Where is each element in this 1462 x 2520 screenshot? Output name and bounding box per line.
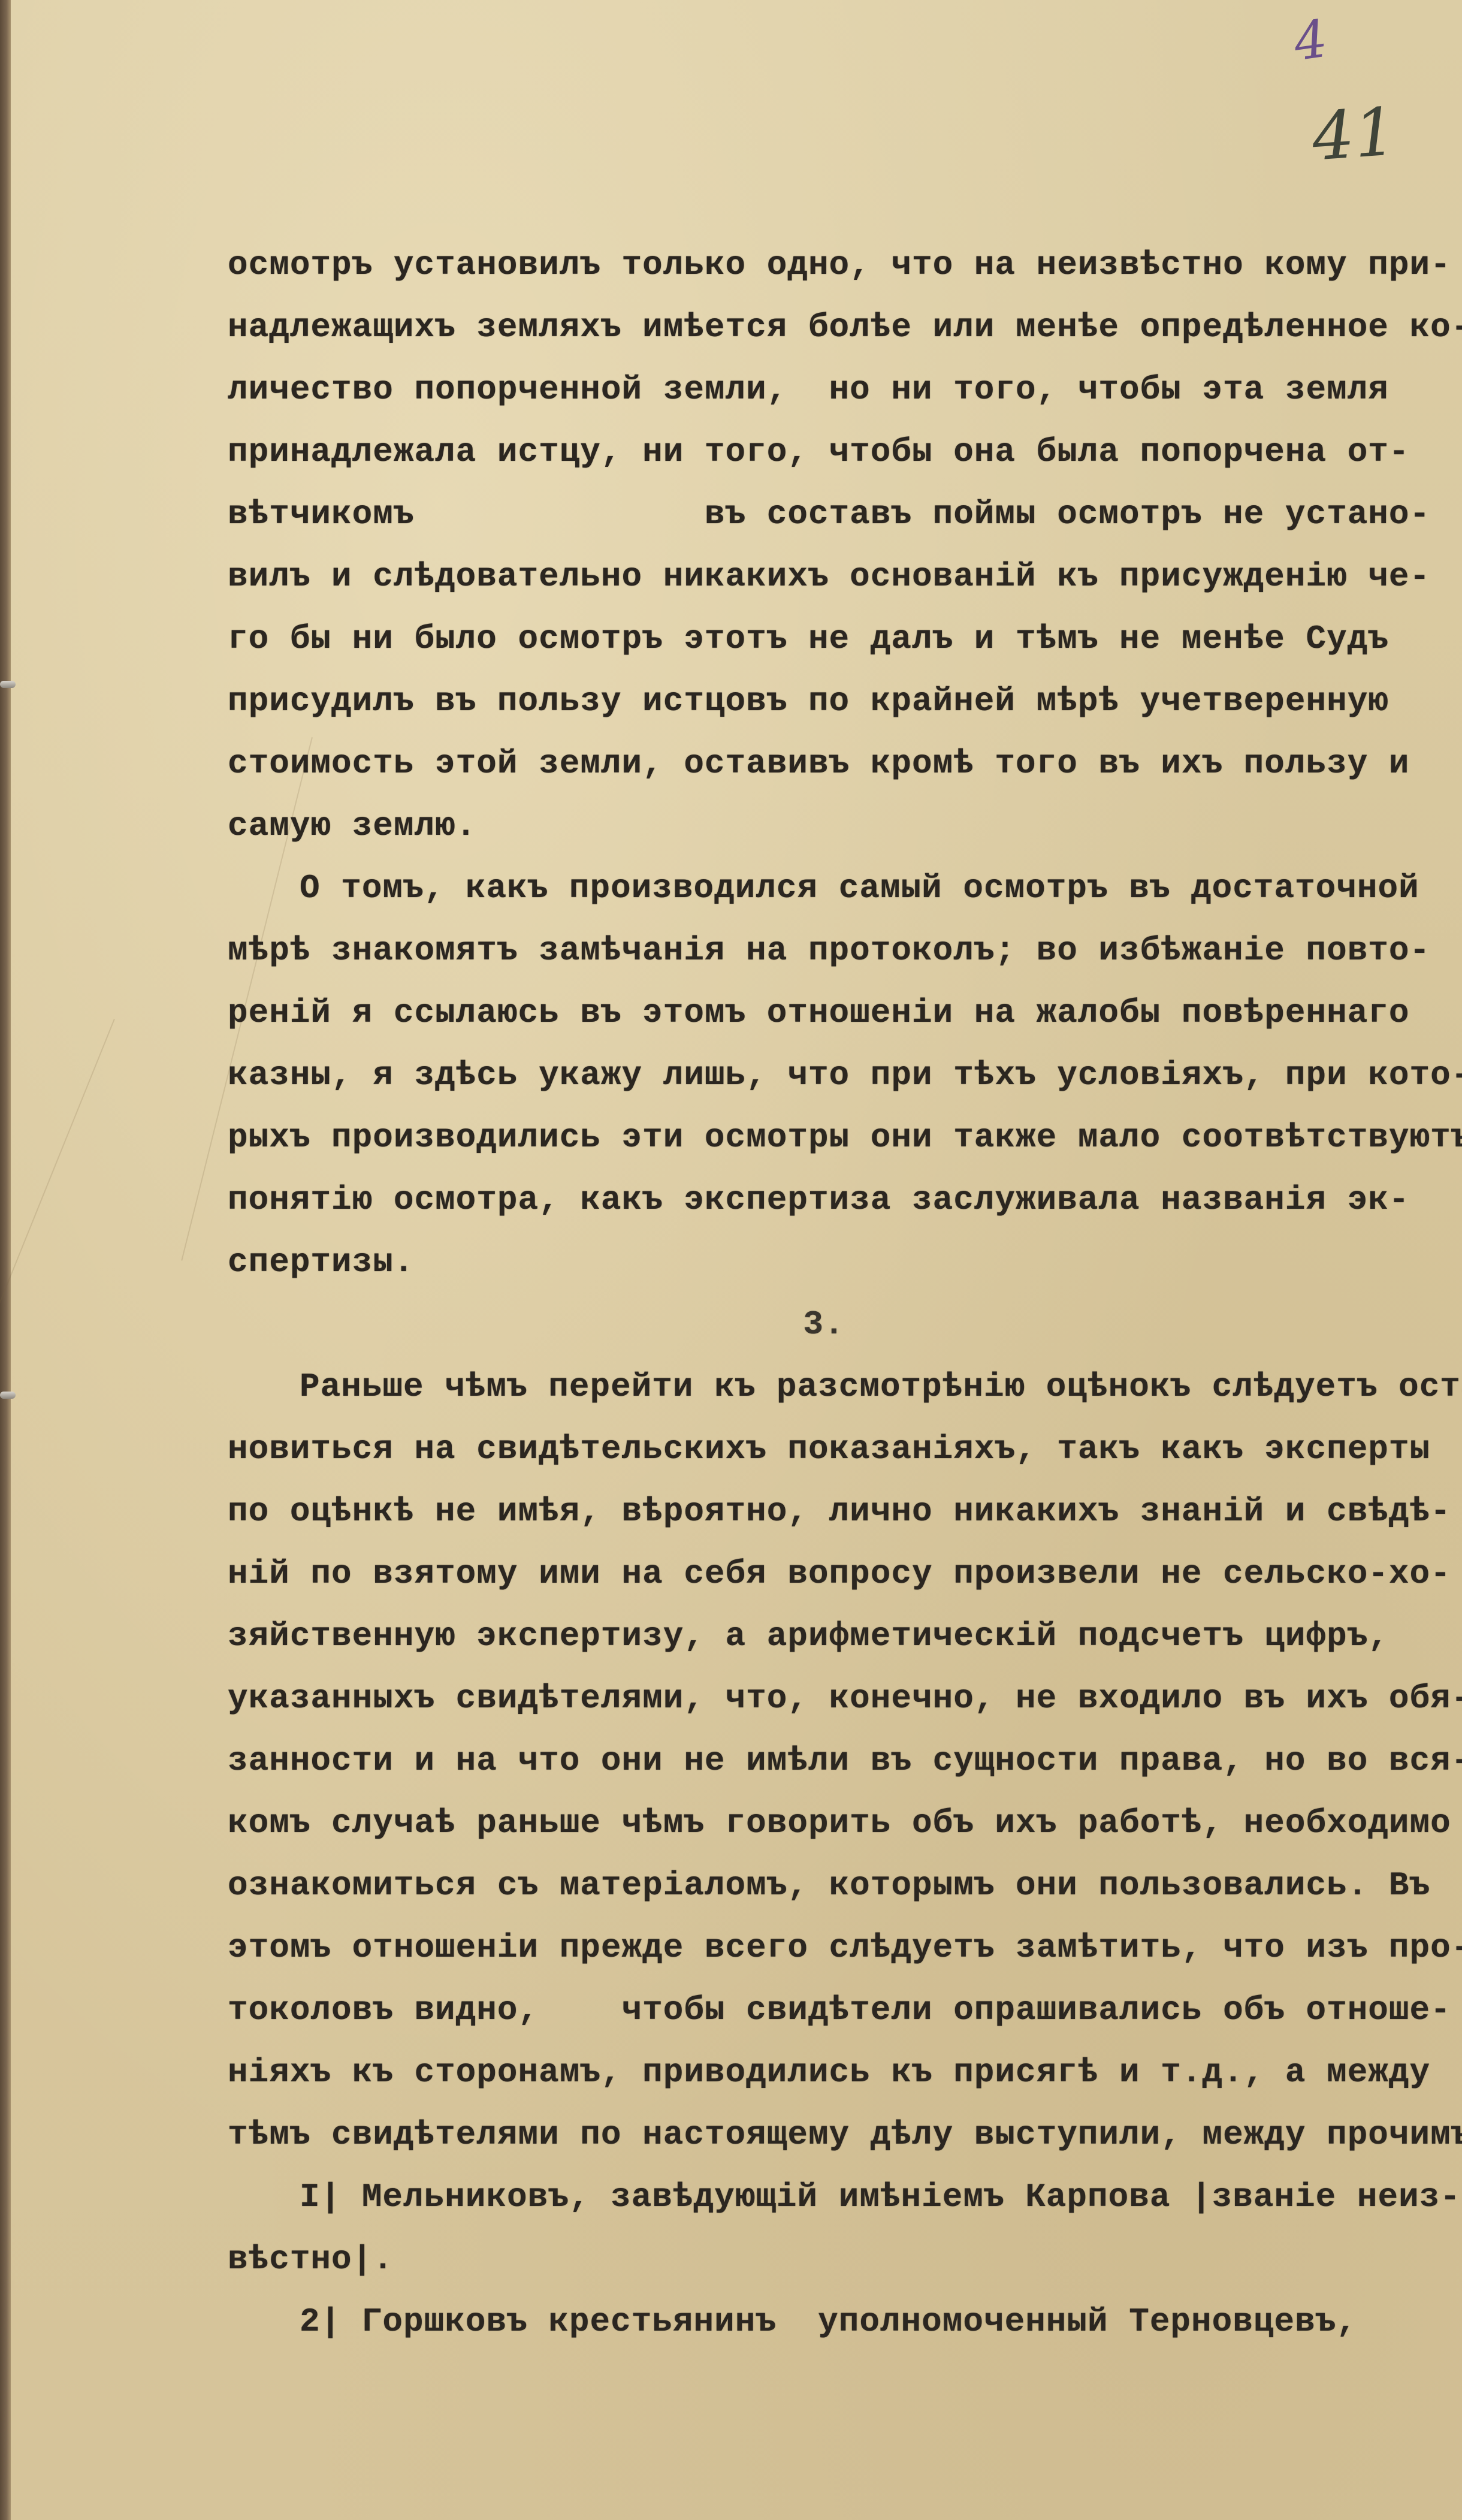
text-line: принадлежала истцу, ни того, чтобы она б…: [228, 421, 1420, 483]
handwritten-page-mark: 4: [1290, 9, 1331, 73]
text-line: I| Мельниковъ, завѣдующiй имѣнiемъ Карпо…: [228, 2166, 1420, 2228]
text-line: этомъ отношенiи прежде всего слѣдуетъ за…: [228, 1917, 1420, 1979]
document-page: 4 41 осмотръ установилъ только одно, что…: [0, 0, 1462, 2520]
text-line: нiяхъ къ сторонамъ, приводились къ прися…: [228, 2041, 1420, 2103]
text-line: новиться на свидѣтельскихъ показанiяхъ, …: [228, 1418, 1420, 1480]
handwritten-folio-number: 41: [1310, 93, 1399, 175]
text-line: самую землю.: [228, 795, 1420, 857]
text-line: личество попорченной земли, но ни того, …: [228, 358, 1420, 421]
text-line: тѣмъ свидѣтелями по настоящему дѣлу выст…: [228, 2103, 1420, 2166]
text-line: занности и на что они не имѣли въ сущнос…: [228, 1730, 1420, 1792]
paper-crease: [0, 1019, 115, 1408]
text-line: казны, я здѣсь укажу лишь, что при тѣхъ …: [228, 1044, 1420, 1106]
text-line: мѣрѣ знакомятъ замѣчанiя на протоколъ; в…: [228, 919, 1420, 982]
text-line: присудилъ въ пользу истцовъ по крайней м…: [228, 670, 1420, 732]
section-heading: 3.: [228, 1293, 1420, 1356]
text-line: 2| Горшковъ крестьянинъ уполномоченный Т…: [228, 2290, 1420, 2353]
text-line: спертизы.: [228, 1231, 1420, 1293]
text-line: вѣстно|.: [228, 2228, 1420, 2290]
text-line: го бы ни было осмотръ этотъ не далъ и тѣ…: [228, 608, 1420, 670]
text-line: комъ случаѣ раньше чѣмъ говорить объ ихъ…: [228, 1792, 1420, 1854]
text-line: О томъ, какъ производился самый осмотръ …: [228, 857, 1420, 919]
typewritten-body: осмотръ установилъ только одно, что на н…: [228, 234, 1420, 2353]
text-line: Раньше чѣмъ перейти къ разсмотрѣнiю оцѣн…: [228, 1356, 1420, 1418]
text-line: зяйственную экспертизу, а арифметическiй…: [228, 1605, 1420, 1667]
text-line: понятiю осмотра, какъ экспертиза заслужи…: [228, 1169, 1420, 1231]
binding-edge: [0, 0, 11, 2520]
text-line: указанныхъ свидѣтелями, что, конечно, не…: [228, 1667, 1420, 1730]
text-line: надлежащихъ земляхъ имѣется болѣе или ме…: [228, 296, 1420, 358]
text-line: рыхъ производились эти осмотры они также…: [228, 1106, 1420, 1169]
binding-stitch: [0, 1392, 16, 1399]
binding-stitch: [0, 681, 16, 688]
text-line: нiй по взятому ими на себя вопросу произ…: [228, 1543, 1420, 1605]
text-line: ренiй я ссылаюсь въ этомъ отношенiи на ж…: [228, 982, 1420, 1044]
text-line: осмотръ установилъ только одно, что на н…: [228, 234, 1420, 296]
text-line: токоловъ видно, чтобы свидѣтели опрашива…: [228, 1979, 1420, 2041]
text-line: стоимость этой земли, оставивъ кромѣ тог…: [228, 732, 1420, 795]
text-line: ознакомиться съ матерiаломъ, которымъ он…: [228, 1854, 1420, 1917]
text-line: вѣтчикомъ въ составъ поймы осмотръ не ус…: [228, 483, 1420, 545]
text-line: по оцѣнкѣ не имѣя, вѣроятно, лично никак…: [228, 1480, 1420, 1543]
text-line: вилъ и слѣдовательно никакихъ основанiй …: [228, 545, 1420, 608]
